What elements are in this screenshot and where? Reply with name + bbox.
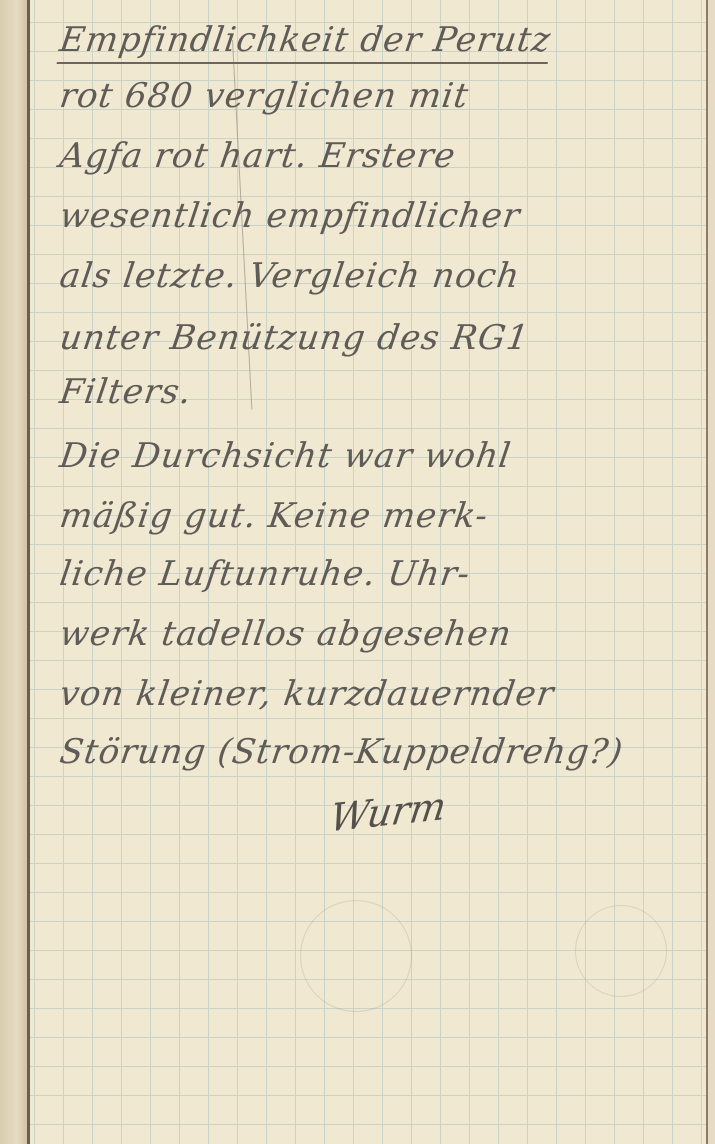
handwritten-line-11: werk tadellos abgesehen	[57, 614, 514, 654]
handwritten-line-2: rot 680 verglichen mit	[57, 76, 471, 116]
handwritten-line-10: liche Luftunruhe. Uhr-	[57, 554, 473, 594]
right-page-strip	[708, 0, 715, 1144]
handwritten-line-5: als letzte. Vergleich noch	[57, 256, 522, 296]
line-text: wesentlich empfindlicher	[57, 196, 523, 236]
handwritten-line-13: Störung (Strom-Kuppeldrehg?)	[57, 732, 626, 772]
line-text: Störung (Strom-Kuppeldrehg?)	[57, 732, 626, 772]
line-text: werk tadellos abgesehen	[57, 614, 514, 654]
line-text: liche Luftunruhe. Uhr-	[57, 554, 473, 594]
line-text: mäßig gut. Keine merk-	[57, 496, 491, 536]
line-text: Empfindlichkeit der Perutz	[57, 20, 554, 64]
handwritten-line-8: Die Durchsicht war wohl	[57, 436, 514, 476]
handwritten-line-9: mäßig gut. Keine merk-	[57, 496, 491, 536]
line-text: als letzte. Vergleich noch	[57, 256, 522, 296]
line-text: Die Durchsicht war wohl	[57, 436, 514, 476]
show-through-mark	[575, 905, 667, 997]
line-text: Filters.	[57, 372, 194, 412]
handwritten-line-3: Agfa rot hart. Erstere	[57, 136, 458, 176]
handwritten-line-7: Filters.	[57, 372, 194, 412]
left-page-edge	[0, 0, 28, 1144]
handwritten-line-4: wesentlich empfindlicher	[57, 196, 523, 236]
show-through-mark	[300, 900, 412, 1012]
line-text: unter Benützung des RG1	[57, 318, 532, 358]
handwritten-line-12: von kleiner, kurzdauernder	[57, 674, 557, 714]
line-text: rot 680 verglichen mit	[57, 76, 471, 116]
handwritten-line-1: Empfindlichkeit der Perutz	[57, 20, 553, 60]
handwritten-line-6: unter Benützung des RG1	[57, 318, 532, 358]
line-text: Agfa rot hart. Erstere	[57, 136, 458, 176]
line-text: von kleiner, kurzdauernder	[57, 674, 557, 714]
